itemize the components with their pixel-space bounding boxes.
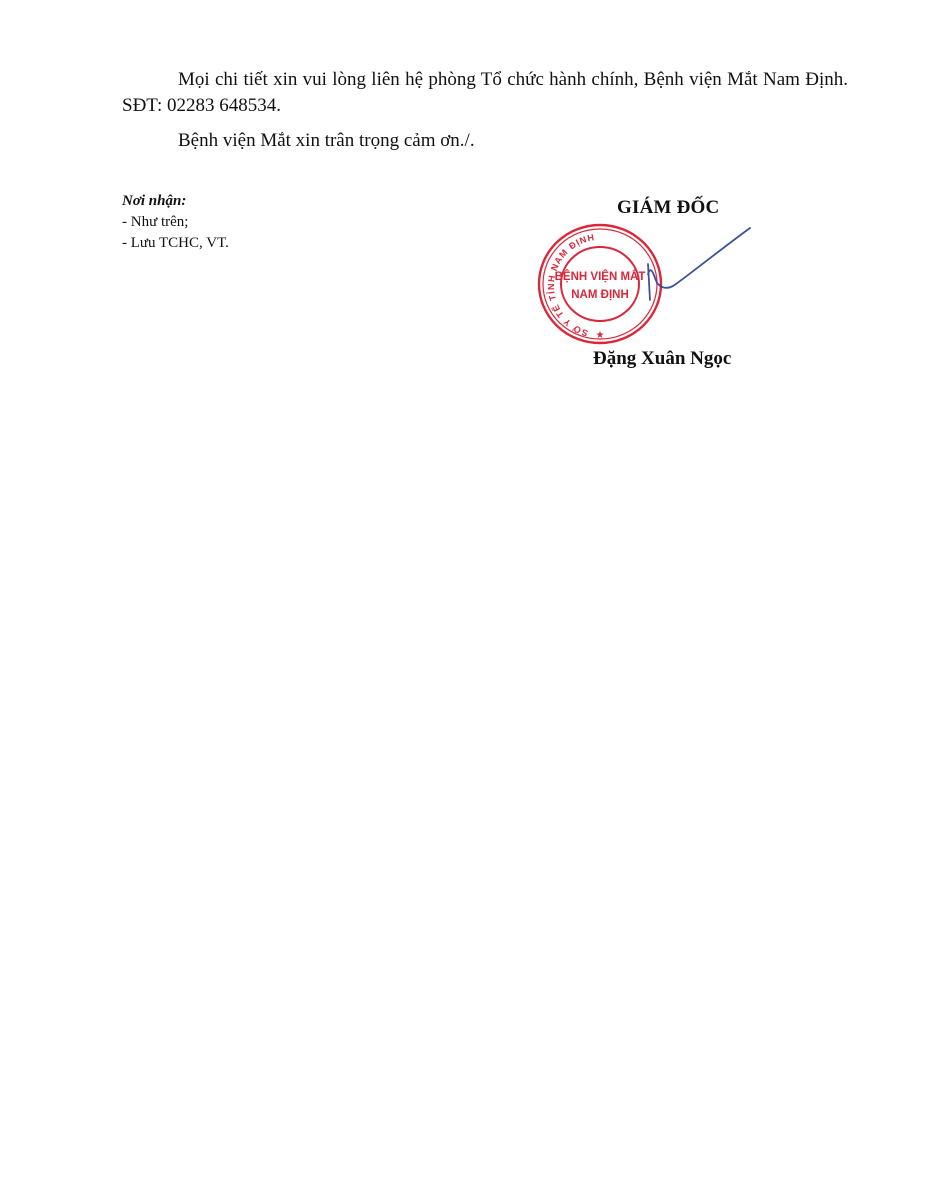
handwritten-signature bbox=[640, 222, 755, 302]
stamp-center-line1: BỆNH VIỆN MẮT bbox=[555, 270, 646, 283]
recipient-item: - Như trên; bbox=[122, 212, 229, 233]
recipient-item: - Lưu TCHC, VT. bbox=[122, 233, 229, 254]
signer-name: Đặng Xuân Ngọc bbox=[593, 348, 731, 370]
recipients-title: Nơi nhận: bbox=[122, 191, 229, 212]
signer-title: GIÁM ĐỐC bbox=[617, 197, 719, 219]
contact-paragraph: Mọi chi tiết xin vui lòng liên hệ phòng … bbox=[122, 67, 848, 119]
star-icon: ★ bbox=[596, 330, 605, 341]
stamp-center-line2: NAM ĐỊNH bbox=[571, 289, 629, 301]
thanks-paragraph: Bệnh viện Mắt xin trân trọng cảm ơn./. bbox=[122, 128, 848, 154]
recipients-block: Nơi nhận: - Như trên; - Lưu TCHC, VT. bbox=[122, 191, 229, 254]
